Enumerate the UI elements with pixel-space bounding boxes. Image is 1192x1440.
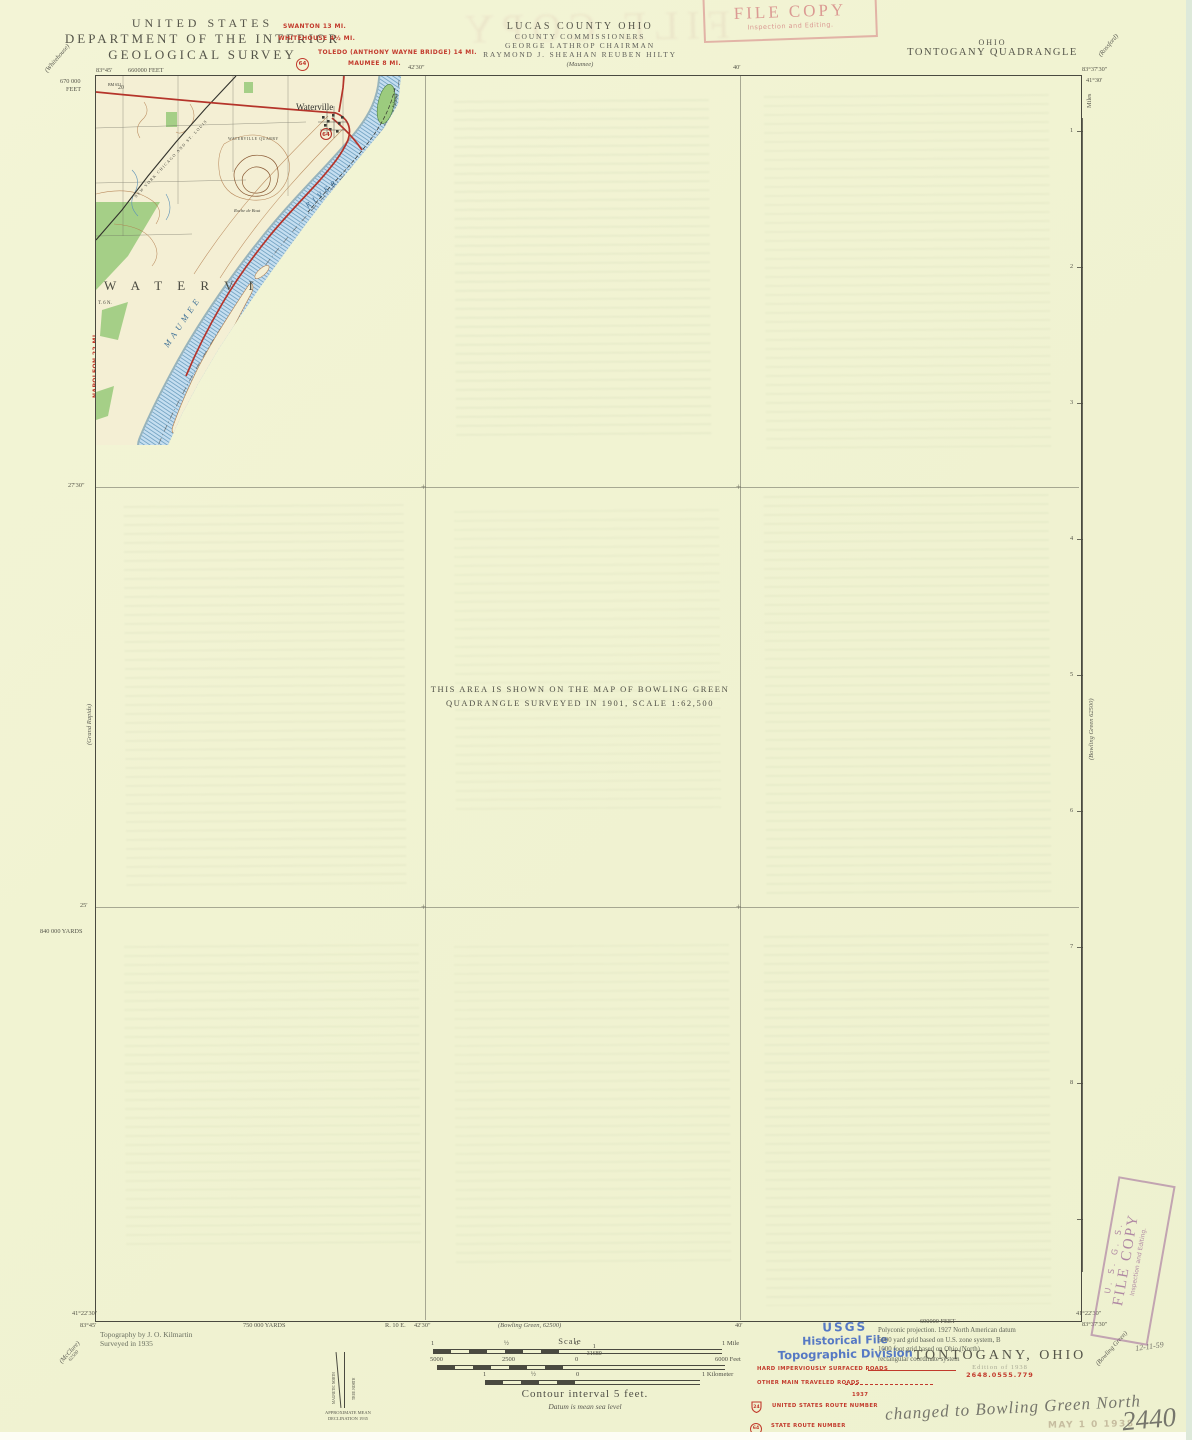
credit-line1: Topography by J. O. Kilmartin xyxy=(100,1330,192,1339)
mile-bar-label: 1 Mile xyxy=(722,1340,739,1347)
mile-bar-label: ½ xyxy=(504,1340,509,1347)
adjoining-quad-right: (Bowling Green 62500) xyxy=(1088,699,1095,761)
topo-map-corner: 64 W A T E R V I L L E T. 6 N. Watervill… xyxy=(96,76,404,449)
mile-bar-label: 1 xyxy=(431,1340,434,1347)
contour-interval-note: Contour interval 5 feet. xyxy=(455,1388,715,1400)
route-64-number: 64 xyxy=(322,132,330,138)
true-north-line xyxy=(344,1352,345,1408)
km-scale-bar xyxy=(485,1380,578,1385)
magnetic-north-line xyxy=(336,1352,342,1408)
tick-4230-bottom: 42′30″ xyxy=(414,1322,431,1329)
km-bar-label: ½ xyxy=(531,1371,536,1378)
feet-scale-bar xyxy=(437,1365,577,1370)
mile-tick-6: 6 xyxy=(1070,807,1073,814)
waterville-town-label: Waterville xyxy=(296,102,333,112)
km-bar-label: 1 Kilometer xyxy=(702,1371,733,1378)
adjoining-quad-left: (Grand Rapids) xyxy=(86,704,93,745)
range-label: R. 10 E. xyxy=(385,1322,406,1329)
declination-diagram: MAGNETIC NORTH TRUE NORTH APPROXIMATE ME… xyxy=(318,1352,378,1422)
mile-tick-2: 2 xyxy=(1070,263,1073,270)
township-name-label: W A T E R V I L L E xyxy=(104,278,327,293)
scan-edge-bottom xyxy=(0,1432,1192,1440)
red-note-whitehouse: WHITEHOUSE 4½ MI. xyxy=(278,35,355,42)
edition-note: Edition of 1938 xyxy=(890,1364,1110,1371)
road-legend-other: OTHER MAIN TRAVELED ROADS xyxy=(757,1380,860,1386)
county-chairman: GEORGE LATHROP CHAIRMAN xyxy=(455,41,705,50)
usgs-file-copy-stamp-right: U. S. G. S. FILE COPY Inspection and Edi… xyxy=(1090,1176,1175,1346)
corner-ne-lat: 41°30′ xyxy=(1086,77,1103,84)
roche-de-bout-label: Roche de Bout xyxy=(233,208,261,213)
corner-sw-lat: 41°22′30″ xyxy=(72,1310,97,1317)
feet-bottom: 690000 FEET xyxy=(920,1318,956,1325)
red-note-toledo: TOLEDO (ANTHONY WAYNE BRIDGE) 14 MI. xyxy=(318,49,477,56)
km-scale-bar-right xyxy=(578,1380,700,1385)
center-note: THIS AREA IS SHOWN ON THE MAP OF BOWLING… xyxy=(330,684,830,708)
road-legend-hard: HARD IMPERVIOUSLY SURFACED ROADS xyxy=(757,1366,888,1372)
county-header: LUCAS COUNTY OHIO COUNTY COMMISSIONERS G… xyxy=(455,21,705,68)
county-title: LUCAS COUNTY OHIO xyxy=(455,21,705,32)
legend-year: 1937 xyxy=(852,1392,868,1398)
grid-parallel-25 xyxy=(96,907,1079,908)
scan-edge-right xyxy=(1186,0,1192,1440)
county-commissioners: COUNTY COMMISSIONERS xyxy=(455,32,705,41)
graticule-cross: + xyxy=(736,902,741,912)
mile-tick-1: 1 xyxy=(1070,127,1073,134)
red-note-swanton: SWANTON 13 MI. xyxy=(283,23,346,30)
tick-4230-top: 42′30″ xyxy=(408,64,425,71)
magnetic-north-label: MAGNETIC NORTH xyxy=(332,1372,336,1404)
center-note-line1: THIS AREA IS SHOWN ON THE MAP OF BOWLING… xyxy=(330,684,830,694)
red-note-maumee: MAUMEE 8 MI. xyxy=(348,60,401,67)
state-label: OHIO xyxy=(880,38,1105,47)
graticule-cross: + xyxy=(421,482,426,492)
sheet-title-block: TONTOGANY, OHIO Edition of 1938 2648.055… xyxy=(890,1348,1110,1379)
township-marker-label: T. 6 N. xyxy=(98,301,112,306)
mile-tick-4: 4 xyxy=(1070,535,1073,542)
miles-ruler-ticks xyxy=(1077,131,1083,1231)
mile-tick-3: 3 xyxy=(1070,399,1073,406)
adjoining-quad-sw: (McClure) 62500 xyxy=(58,1340,85,1368)
feet-left-2: FEET xyxy=(66,86,81,93)
corner-sw-lon: 83°45′ xyxy=(80,1322,97,1329)
sheet-title: TONTOGANY, OHIO xyxy=(890,1348,1110,1364)
quad-title: TONTOGANY QUADRANGLE xyxy=(880,47,1105,58)
corner-ne-lon: 83°37′30″ xyxy=(1082,66,1107,73)
feet-bar-label: 2500 xyxy=(502,1356,515,1363)
credit-block: Topography by J. O. Kilmartin Surveyed i… xyxy=(100,1330,192,1348)
yards-bottom: 750 000 YARDS xyxy=(243,1322,285,1329)
grid-number-20: 20 xyxy=(118,85,124,91)
center-note-line2: QUADRANGLE SURVEYED IN 1901, SCALE 1:62,… xyxy=(330,698,830,708)
yards-left: 840 000 YARDS xyxy=(40,928,92,936)
file-copy-stamp-top: FILE COPY Inspection and Editing. xyxy=(702,0,878,43)
km-bar-label: 1 xyxy=(483,1371,486,1378)
road-legend-other-symbol xyxy=(845,1384,933,1385)
quarry-label: WATERVILLE QUARRY xyxy=(228,136,279,141)
quad-header: OHIO TONTOGANY QUADRANGLE xyxy=(880,38,1105,58)
mile-scale-bar-right xyxy=(577,1349,722,1354)
true-north-label: TRUE NORTH xyxy=(352,1378,356,1400)
tick-40-top: 40′ xyxy=(733,64,741,71)
woods-patch xyxy=(244,82,253,93)
grid-parallel-2730 xyxy=(96,487,1079,488)
graticule-cross: + xyxy=(421,902,426,912)
us-route-shield-icon: 24 xyxy=(750,1400,763,1413)
mile-tick-7: 7 xyxy=(1070,943,1073,950)
feet-left-1: 670 000 xyxy=(60,78,80,85)
mile-bar-label: 0 xyxy=(575,1340,578,1347)
adjoining-quad-top: (Maumee) xyxy=(455,61,705,68)
feet-scale-bar-right xyxy=(577,1365,725,1370)
tick-2730-left: 27′30″ xyxy=(68,482,85,489)
declination-note: APPROXIMATE MEAN DECLINATION 1935 xyxy=(304,1410,392,1422)
feet-bar-label: 6000 Feet xyxy=(715,1356,741,1363)
mile-tick-5: 5 xyxy=(1070,671,1073,678)
adjoining-quad-bottom: (Bowling Green, 62500) xyxy=(498,1322,561,1329)
mile-scale-bar xyxy=(433,1349,577,1354)
catalog-number: 2648.0555.779 xyxy=(890,1371,1110,1379)
svg-text:24: 24 xyxy=(753,1404,759,1410)
map-sheet: FILE COPY UNITED STATES DEPARTMENT OF TH… xyxy=(0,0,1192,1440)
route-64-shield-margin: 64 xyxy=(296,58,309,71)
feet-bar-label: 5000 xyxy=(430,1356,443,1363)
datum-note: Datum is mean sea level xyxy=(455,1402,715,1411)
miles-ruler-label: Miles xyxy=(1086,94,1093,108)
woods-patch xyxy=(166,112,177,127)
tick-25-left: 25′ xyxy=(80,902,88,909)
graticule-cross: + xyxy=(736,482,741,492)
state-route-label: STATE ROUTE NUMBER xyxy=(771,1423,846,1429)
lon-top-left: 83°45′ xyxy=(96,67,113,74)
feet-top-left: 660000 FEET xyxy=(128,67,164,74)
county-members: RAYMOND J. SHEAHAN REUBEN HILTY xyxy=(455,50,705,59)
tick-40-bottom: 40′ xyxy=(735,1322,743,1329)
credit-line2: Surveyed in 1935 xyxy=(100,1339,192,1348)
mile-tick-8: 8 xyxy=(1070,1079,1073,1086)
km-bar-label: 0 xyxy=(576,1371,579,1378)
us-route-label: UNITED STATES ROUTE NUMBER xyxy=(772,1403,878,1409)
feet-bar-label: 0 xyxy=(575,1356,578,1363)
